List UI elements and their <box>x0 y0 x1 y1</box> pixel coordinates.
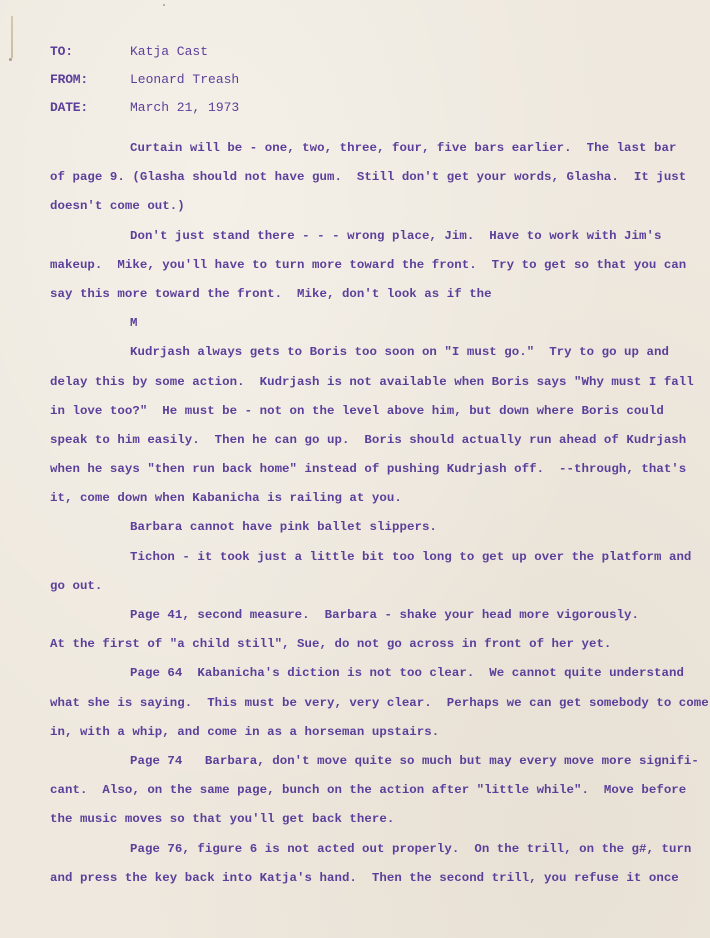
memo-page: TO: Katja Cast FROM: Leonard Treash DATE… <box>0 0 710 938</box>
memo-line: it, come down when Kabanicha is railing … <box>50 484 695 513</box>
date-label: DATE: <box>50 100 130 115</box>
memo-line: in, with a whip, and come in as a horsem… <box>50 718 695 747</box>
memo-line: makeup. Mike, you'll have to turn more t… <box>50 251 695 280</box>
date-value: March 21, 1973 <box>130 100 239 115</box>
memo-line: in love too?" He must be - not on the le… <box>50 397 695 426</box>
memo-line: Page 74 Barbara, don't move quite so muc… <box>50 747 695 776</box>
to-label: TO: <box>50 44 130 59</box>
header-to: TO: Katja Cast <box>50 37 239 65</box>
memo-line: delay this by some action. Kudrjash is n… <box>50 368 695 397</box>
to-value: Katja Cast <box>130 44 208 59</box>
paper-speck <box>163 4 165 6</box>
memo-line: Page 41, second measure. Barbara - shake… <box>50 601 695 630</box>
header-from: FROM: Leonard Treash <box>50 65 239 93</box>
memo-line: and press the key back into Katja's hand… <box>50 864 695 893</box>
paper-speck <box>9 58 12 61</box>
memo-line: Don't just stand there - - - wrong place… <box>50 222 695 251</box>
from-label: FROM: <box>50 72 130 87</box>
memo-line: Tichon - it took just a little bit too l… <box>50 543 695 572</box>
memo-line: Page 76, figure 6 is not acted out prope… <box>50 835 695 864</box>
memo-line: M <box>50 309 695 338</box>
memo-line: Barbara cannot have pink ballet slippers… <box>50 513 695 542</box>
from-value: Leonard Treash <box>130 72 239 87</box>
memo-header: TO: Katja Cast FROM: Leonard Treash DATE… <box>50 37 239 121</box>
memo-body: Curtain will be - one, two, three, four,… <box>50 134 695 893</box>
memo-line: when he says "then run back home" instea… <box>50 455 695 484</box>
memo-line: the music moves so that you'll get back … <box>50 805 695 834</box>
paper-mark <box>11 16 13 58</box>
memo-line: Page 64 Kabanicha's diction is not too c… <box>50 659 695 688</box>
memo-line: Curtain will be - one, two, three, four,… <box>50 134 695 163</box>
memo-line: speak to him easily. Then he can go up. … <box>50 426 695 455</box>
memo-line: what she is saying. This must be very, v… <box>50 689 695 718</box>
memo-line: doesn't come out.) <box>50 192 695 221</box>
memo-line: say this more toward the front. Mike, do… <box>50 280 695 309</box>
memo-line: go out. <box>50 572 695 601</box>
memo-line: At the first of "a child still", Sue, do… <box>50 630 695 659</box>
memo-line: Kudrjash always gets to Boris too soon o… <box>50 338 695 367</box>
header-date: DATE: March 21, 1973 <box>50 93 239 121</box>
memo-line: cant. Also, on the same page, bunch on t… <box>50 776 695 805</box>
memo-line: of page 9. (Glasha should not have gum. … <box>50 163 695 192</box>
